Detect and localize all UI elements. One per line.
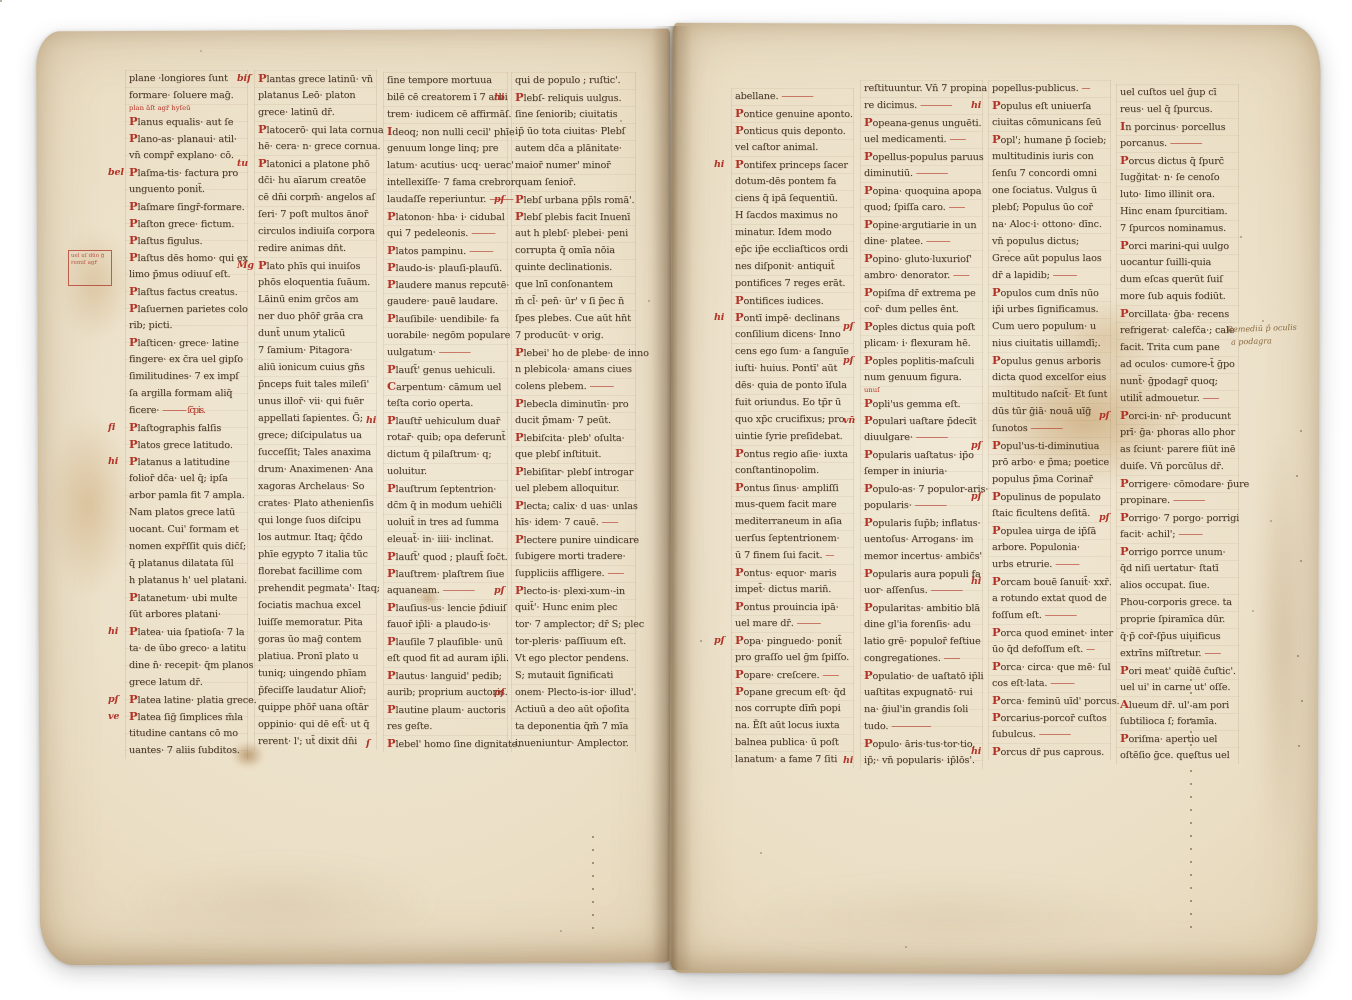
line-text: los autmur. Itaq; q̄c̄do	[258, 532, 362, 543]
text-line: Iugǧitat· n· ſe cenoſo	[1120, 169, 1238, 186]
rubric-initial: P	[387, 362, 396, 376]
rubric-line-filler: ———	[1050, 679, 1073, 689]
text-line: pſPopul'us-ti-diminutiua	[992, 437, 1110, 454]
text-line: q̄·p̄ cor̄-ſp̄us uiuificus	[1120, 628, 1238, 645]
rubric-line-filler: ——	[1203, 394, 1219, 404]
text-line: vn̄ populus dictus;	[992, 233, 1110, 250]
line-text: dum eſcas querūt ſuiſ	[1120, 274, 1223, 285]
line-text: platanus Leō· platon	[258, 90, 355, 101]
text-line: uantes· 7 aliis ſubditos.	[129, 742, 247, 759]
line-text: uel cuſtos uel ḡup cī	[1120, 87, 1216, 98]
text-line: Pontice genuine aponto.	[735, 105, 853, 122]
line-text: foſſum eſt.	[992, 610, 1042, 621]
line-text: oriſma· apertio uel	[1129, 734, 1218, 745]
rubric-initial: P	[864, 319, 873, 333]
text-column-col-8: uel cuſtos uel ḡup cīreus· uel q̄ ſpurcu…	[1116, 84, 1239, 764]
line-text: opulatio· de uaſtatō ip̄li	[873, 671, 984, 682]
text-line: grece· latinū dr̄.	[258, 104, 376, 121]
text-line: pſPopa· pinguedo· ponit̄	[735, 632, 853, 649]
line-text: opularis aura populi fa	[873, 569, 981, 580]
text-line: platanus Leō· platon	[258, 87, 376, 104]
rubric-initial: P	[1120, 476, 1129, 490]
text-line: appellati ſapientes. G̃;	[258, 410, 376, 427]
rubric-initial: P	[129, 454, 138, 468]
rubric-initial: P	[258, 258, 267, 272]
manuscript-photo: plane ·longiores ſuntformare· ſoluere ma…	[0, 0, 1352, 1000]
line-text: uulgatum·	[387, 347, 436, 358]
line-text: lectere punire uindicare	[524, 535, 639, 546]
rubric-initial: P	[735, 684, 744, 698]
text-line: prō arbo· e p̄ma; poetice	[992, 454, 1110, 471]
line-text: mus-quem facit mare	[735, 499, 836, 510]
line-text: oppinio· qui dē eſt̄· ut q̄	[258, 719, 369, 730]
text-line: Porrigere· cōmodare· p̄ure	[1120, 475, 1238, 492]
line-text: laudere manus repcutē·	[396, 280, 510, 291]
line-text: uocant. Cui' formam et	[129, 524, 239, 535]
line-text: cos eſt·lata.	[992, 678, 1047, 689]
line-text: phōs eloquentia ſuāum.	[258, 277, 370, 288]
line-text: reſtituuntur. Vn̄ 7 propina	[864, 83, 987, 94]
line-text: uocantur ſuilli-quia	[1120, 257, 1211, 268]
line-text: arbore. Populonia·	[992, 542, 1080, 553]
text-line: ſūt arbores platani·	[129, 606, 247, 623]
text-line: Popularis aura populi fa	[864, 565, 982, 582]
rubric-initial: P	[864, 413, 873, 427]
line-text: latio grē· populor̄ feſtiue	[864, 636, 981, 647]
line-text: luiſſe memoratur. Pita	[258, 617, 363, 628]
text-line: Pontifices iudices.	[735, 292, 853, 309]
text-line: fuit oriundus. Eo tp̄r ū	[735, 394, 853, 411]
text-line: arbor pamla fit 7 ampla.	[129, 487, 247, 504]
text-line: nos corrupte dīm̄ popi	[735, 700, 853, 717]
rubric-initial: P	[387, 481, 396, 495]
line-text: lebei' ho de plebe· de inno	[524, 348, 649, 359]
line-text: opare· creſcere.	[744, 670, 820, 681]
line-text: lauſtrem· plaſtrem ſiue	[396, 569, 505, 580]
line-text: opellus-populus paruus	[873, 152, 984, 163]
text-line: ſunotos————	[992, 420, 1110, 437]
interlinear-gloss: unuſ	[864, 386, 982, 395]
line-text: latea· uia ſpatioſa· 7 la	[138, 627, 245, 638]
text-line: ad oculos· cumore-t̄ ḡpo	[1120, 356, 1238, 373]
text-line: Plauſtrum ſeptentrion·	[387, 480, 507, 497]
text-line: nius ciuitatis uillamdī;.	[992, 335, 1110, 352]
line-text: lecta; calix· d uas· unlas	[524, 501, 638, 512]
rubric-line-filler: ————	[1045, 611, 1076, 621]
line-text: p̄feciſſe laudatur Alior̄;	[258, 685, 366, 696]
text-line: Pontus ſinus· ampliſſi	[735, 479, 853, 496]
line-text: cē dn̄i corpm̄· angelos aſ	[258, 192, 375, 203]
line-text: uoluit̄ in tres ad ſumma	[387, 517, 499, 528]
line-text: genuum longe linq; pre	[387, 143, 498, 154]
line-text: p̄nceps fuit tales mileſi'	[258, 379, 369, 390]
text-line: Pontus· equor· maris	[735, 564, 853, 581]
line-text: conſtantinopolim.	[735, 465, 819, 476]
line-text: ſine tempore mortuua	[387, 75, 492, 86]
line-text: maior̄ numer' minor̄	[515, 160, 611, 171]
line-text: opulus eſt uniuerſa	[1001, 101, 1092, 112]
text-line: as ſciunt· parere fiūt inē	[1120, 441, 1238, 458]
text-column-col-5: abellane.————Pontice genuine aponto.Pont…	[731, 88, 854, 768]
rubric-margin-mark: ve	[108, 708, 119, 725]
line-text: n plebicola· amans ciues	[515, 364, 632, 375]
text-line: goras ūo mag̃ contem	[258, 631, 376, 648]
line-text: orcam bouē ſanuit̄· xxr̄.	[1001, 577, 1112, 588]
rubric-initial: P	[864, 115, 873, 129]
line-text: laſtus factus creatus.	[138, 287, 238, 298]
rubric-initial: P	[992, 625, 1001, 639]
line-text: uantes· 7 aliis ſubditos.	[129, 745, 240, 756]
line-text: one ſociatus. Vulgus ū	[992, 185, 1097, 196]
text-line: unguento ponit̄.	[129, 181, 247, 198]
text-line: maior̄ numer' minor̄	[515, 157, 635, 174]
text-line: Populo· āris·tus·tor·tio.	[864, 735, 982, 752]
text-line: S; mutauit ſignificati	[515, 667, 635, 684]
text-line: dotum-dēs pontem fa	[735, 173, 853, 190]
rubric-margin-mark: pſ	[714, 632, 724, 649]
rubric-initial: P	[1120, 408, 1129, 422]
text-line: Platos grece latitudo.	[129, 436, 247, 453]
text-line: corrupta q̄ omīa nōia	[515, 242, 635, 259]
line-text: aurib; proprium auctoris.	[387, 687, 508, 698]
text-line: hiPlatea· uia ſpatioſa· 7 la	[129, 623, 247, 640]
rubric-initial: P	[129, 114, 138, 128]
text-line: congregationes.——	[864, 650, 982, 667]
rubric-initial: P	[387, 209, 396, 223]
rubric-initial: P	[735, 480, 744, 494]
line-text: opa· pinguedo· ponit̄	[744, 636, 842, 647]
text-line: laudaſſe reperiuntur.———	[387, 191, 507, 208]
rubric-initial: P	[864, 396, 873, 410]
line-text: laſticen· grece· latine	[138, 338, 239, 349]
text-line: luiſſe memoratur. Pita	[258, 614, 376, 631]
rubric-line-filler: ——	[602, 518, 618, 528]
line-text: latea latine· platia grece.	[138, 695, 257, 706]
rubric-initial: P	[992, 659, 1001, 673]
line-text: ner duo phōr̄ grāa cra	[258, 311, 363, 322]
line-text: opino· gluto·luxurioſ'	[873, 254, 972, 265]
rubric-initial: P	[129, 233, 138, 247]
text-line: Plauſt̄' quod ; plauſt̄ ſoc̄t.	[387, 548, 507, 565]
text-line: ducit p̄mam· 7 peūt.	[515, 412, 635, 429]
line-text: orcarius-porcor̄ cuſtos	[1001, 713, 1107, 724]
line-text: ontus prouincia ipā·	[744, 602, 839, 613]
line-text: orcillata· ḡba· recens	[1129, 309, 1230, 320]
line-text: grece· latinū dr̄.	[258, 107, 335, 118]
line-text: prō arbo· e p̄ma; poetice	[992, 457, 1109, 468]
line-text: xagoras Archelaus· So	[258, 481, 364, 492]
line-text: nomen expr̄ſſit quis dic̄ſ;	[129, 541, 246, 552]
text-line: Populea uirga de ip̄ſā	[992, 522, 1110, 539]
line-text: 7 producūt· v orig.	[515, 330, 604, 341]
rubric-margin-mark: pſ	[108, 691, 118, 708]
line-text: cor̄· dum pelles ēnt.	[864, 304, 959, 315]
rubric-initial: P	[864, 481, 873, 495]
text-line: Alueum dr̄. ul' am pori	[1120, 696, 1238, 713]
text-line: balnea publica· ū poſt	[735, 734, 853, 751]
line-text: laudo-is· plauſi-plauſū.	[396, 263, 503, 274]
text-line: utilit̄ admouetur.——	[1120, 390, 1238, 407]
text-line: impet̄· dictus marin̄.	[735, 581, 853, 598]
text-line: Plaſtus factus creatus.	[129, 283, 247, 300]
margin-note-pen-2: a podagra	[1231, 336, 1272, 346]
text-line: Popularis ſup̄b; inflatus·	[864, 514, 982, 531]
line-text: res geſte.	[387, 721, 432, 732]
text-line: na. Ēſt aūt locus iuxta	[735, 717, 853, 734]
text-line: dictum q̄ pilaſtrum· q;	[387, 446, 507, 463]
text-line: Populus genus arboris	[992, 352, 1110, 369]
text-line: Plautine plaum· auctoris	[387, 701, 507, 718]
text-line: populus p̄ma Corinar̄	[992, 471, 1110, 488]
rubric-line-filler: ————	[1031, 424, 1062, 434]
line-text: Cum uero populum· u	[992, 321, 1096, 332]
line-text: n porcinus· porcellus	[1125, 122, 1225, 133]
line-text: opulos cum dnīs nūo	[1001, 288, 1099, 299]
line-text: q̄ platanus dilatata ſūl	[129, 558, 234, 569]
text-line: popellus-publicus.—	[992, 80, 1110, 97]
text-line: plebſ; Populus ūo cor̄	[992, 199, 1110, 216]
text-line: lanatum· a fame 7 ſiti	[735, 751, 853, 768]
text-line: res geſte.	[387, 718, 507, 735]
text-line: vePlatea ſig̃ ſimplices m̄la	[129, 708, 247, 725]
line-text: lato phīs qui inuiſos	[267, 261, 361, 272]
line-text: latos grece latitudo.	[138, 440, 233, 451]
line-text: opularis uaſtatus· ip̄o	[873, 450, 974, 461]
text-line: p̄feciſſe laudatur Alior̄;	[258, 682, 376, 699]
line-text: popellus-publicus.	[992, 83, 1079, 94]
line-text: ſine ſeniorib; ciuitatis	[515, 109, 617, 120]
line-text: cens ego ſum· a ſanguīe	[735, 346, 849, 357]
rubric-line-filler: ———	[1178, 530, 1201, 540]
line-text: goras ūo mag̃ contem	[258, 634, 361, 645]
rubric-initial: P	[387, 260, 396, 274]
line-text: latum· acutius· ucq· uerac'	[387, 160, 514, 171]
text-line: Plecta; calix· d uas· unlas	[515, 497, 635, 514]
line-text: vn̄ compr̄ explano· cō.	[129, 150, 234, 161]
text-line: phīe egypto 7 italia tūc	[258, 546, 376, 563]
text-line: Popine·argutiarie in un	[864, 216, 982, 233]
text-line: ſine tempore mortuua	[387, 72, 507, 89]
line-text: opularis ſup̄b; inflatus·	[873, 518, 981, 529]
line-text: lautus· languid' pedib;	[396, 671, 502, 682]
line-text: opl'; humane p̄ ſocieb;	[1001, 135, 1107, 146]
text-line: gaudere· pauē laudare.	[387, 293, 507, 310]
line-text: tor· 7 amplector; dr̄ S; plec	[515, 619, 644, 630]
line-text: ſpes plebes. Cue aūt hn̄t	[515, 313, 631, 324]
rubric-margin-mark: hi	[971, 573, 981, 590]
line-text: uentoſus· Arrogans· im	[864, 534, 973, 545]
line-text: ip̄i urbes ſignificamus.	[992, 304, 1098, 315]
rubric-initial: P	[864, 600, 873, 614]
text-column-col-2: biſPlantas grece latinū· vn̄platanus Leō…	[254, 70, 377, 750]
text-line: proprie ſpiramīca dūr.	[1120, 611, 1238, 628]
text-line: porcanus.————	[1120, 135, 1238, 152]
line-text: 7 ſpurcos nominamus.	[1120, 223, 1226, 234]
text-line: ſubulcus.————	[992, 726, 1110, 743]
line-text: aut h plebſ· plebei· peni	[515, 228, 628, 239]
line-text: dine gl'ia forenſis· adu	[864, 619, 971, 630]
line-text: redire animas dn̄t.	[258, 243, 346, 254]
line-text: reus· uel q̄ ſpurcus.	[1120, 104, 1213, 115]
text-line: uel plebem alloquitur.	[515, 480, 635, 497]
line-text: na· ḡiul'in grandis ſoli	[864, 704, 968, 715]
line-text: ſimilitudines· 7 ex impſ	[129, 371, 239, 382]
rubric-margin-mark: hi	[366, 412, 376, 429]
line-text: nius ciuitatis uillamdī;.	[992, 338, 1101, 349]
rubric-line-filler: ————	[1170, 139, 1201, 149]
line-text: ſūt arbores platani·	[129, 609, 221, 620]
text-line: unus illor̄· vii· qui fuēr	[258, 393, 376, 410]
text-line: MgPlato phīs qui inuiſos	[258, 257, 376, 274]
rubric-initial: P	[992, 353, 1001, 367]
text-line: foſſum eſt.————	[992, 607, 1110, 624]
text-line: Poriſma· apertio uel	[1120, 730, 1238, 747]
rubric-initial: P	[387, 668, 396, 682]
text-line: platiua. Pronī plato u	[258, 648, 376, 665]
text-line: oppinio· qui dē eſt̄· ut q̄	[258, 716, 376, 733]
text-line: reſtituuntur. Vn̄ 7 propina	[864, 80, 982, 97]
line-text: opulinus de populato	[1001, 492, 1101, 503]
text-line: hiPlauſtr̄ uehiculum duar̄	[387, 412, 507, 429]
line-text: ūo q̄d defoſſum eſt.	[992, 644, 1083, 655]
text-line: m̄ cl̄· pen̄· ūr' v ſi p̄ec n̄	[515, 293, 635, 310]
text-line: xagoras Archelaus· So	[258, 478, 376, 495]
text-line: aut h plebſ· plebei· peni	[515, 225, 635, 242]
text-line: Popli'us gemma eſt.	[864, 395, 982, 412]
line-text: ſeri· 7 poſt multos ānor̄	[258, 209, 368, 220]
line-text: lauſt̄' genus uehiculi.	[396, 365, 496, 376]
line-text: quinte declinationis.	[515, 262, 612, 273]
line-text: onem· Plecto-is-ior· illud'.	[515, 687, 636, 698]
rubric-initial: P	[129, 335, 138, 349]
text-line: Popane grecum eſt· q̄d	[735, 683, 853, 700]
text-line: nunt̄· ḡpodagr̄ quoq;	[1120, 373, 1238, 390]
line-text: lebiſcita· pleb' oſulta·	[524, 433, 625, 444]
line-text: ad oculos· cumore-t̄ ḡpo	[1120, 359, 1235, 370]
text-line: Plaſtus figulus.	[129, 232, 247, 249]
rubric-margin-mark: hi	[971, 743, 981, 760]
line-text: Lāinū enim grc̄os am	[258, 294, 358, 305]
text-line: ſPlebel' homo ſine dignitate.	[387, 735, 507, 752]
text-line: fingere· ex c̄ra uel gipſo	[129, 351, 247, 368]
text-line: In porcinus· porcellus	[1120, 118, 1238, 135]
line-text: more ſub aquis fodiūt.	[1120, 291, 1226, 302]
text-line: ſine ſeniorib; ciuitatis	[515, 106, 635, 123]
rubric-initial: P	[1120, 153, 1129, 167]
line-text: lauſtr̄ uehiculum duar̄	[396, 416, 501, 427]
text-line: dēs· quia de ponto īſula	[735, 377, 853, 394]
text-line: biſPlantas grece latinū· vn̄	[258, 70, 376, 87]
line-text: titudine cantans cō mo	[129, 728, 238, 739]
text-line: quit̄'· Hunc enim plec	[515, 599, 635, 616]
line-text: facit· achil';	[1120, 529, 1175, 540]
text-line: Porca· feminū uīd' porcus.	[992, 692, 1110, 709]
rubric-initial: P	[129, 131, 138, 145]
rubric-initial: P	[1120, 731, 1129, 745]
text-line: Plaſtus dēs homo· qui ex	[129, 249, 247, 266]
line-text: ontus· equor· maris	[744, 568, 837, 579]
line-text: ſenſu 7 concordi omni	[992, 168, 1097, 179]
line-text: opeana-genus unguēti.	[873, 118, 982, 129]
text-line: hīs· idem· 7 cauē.——	[515, 514, 635, 531]
text-line: dr̄ a lapidib;———	[992, 267, 1110, 284]
rubric-initial: P	[864, 447, 873, 461]
rubric-initial: P	[1120, 510, 1129, 524]
text-line: 7 producūt· v orig.	[515, 327, 635, 344]
line-text: onticus quis deponto.	[744, 126, 846, 137]
text-line: diminutiū.————	[864, 165, 982, 182]
rubric-margin-mark: pſ	[494, 684, 504, 701]
text-line: latum· acutius· ucq· uerac'	[387, 157, 507, 174]
text-line: re dicimus.————	[864, 97, 982, 114]
text-line: ſtaic ficultens deſitā.	[992, 505, 1110, 522]
text-line: ſuppliciis affligere.——	[515, 565, 635, 582]
rubric-line-filler: ———	[590, 382, 613, 392]
line-text: nos corrupte dīm̄ popi	[735, 703, 841, 714]
line-text: m̄ cl̄· pen̄· ūr' v ſi p̄ec n̄	[515, 296, 624, 307]
text-line: Nam platos grece latū	[129, 504, 247, 521]
line-text: urbs etrurie.	[992, 559, 1052, 570]
text-line: conſilium dicens· Inno	[735, 326, 853, 343]
line-text: uerſus ſeptentrionem·	[735, 533, 839, 544]
text-line: Popiſma dr̄ extrema pe	[864, 284, 982, 301]
line-text: ambro· denorator.	[864, 270, 950, 281]
line-text: ontus regio aſie· iuxta	[744, 449, 848, 460]
line-text: laſuernen parietes colo	[138, 304, 248, 315]
rubric-margin-mark: biſ	[237, 70, 251, 87]
rubric-initial: P	[735, 310, 744, 324]
line-text: uorabile· negōm populare	[387, 330, 510, 341]
rubric-margin-mark: ſ	[366, 735, 370, 752]
line-text: deoq; non nulli cecil' phīe	[392, 127, 514, 138]
rubric-initial: P	[515, 583, 524, 597]
line-text: uel medicamenti.	[864, 134, 946, 145]
line-text: folior̄ dc̄a· uel q̄; ipſa	[129, 473, 228, 484]
text-line: autem dc̄a a plānitate·	[515, 140, 635, 157]
line-text: lano-as· planaui· atil·	[138, 134, 237, 145]
rubric-initial: P	[1120, 238, 1129, 252]
line-text: ip̄;· vn̄ popularis· ip̄lōs'.	[864, 755, 975, 766]
rubric-line-filler: —————	[891, 722, 930, 732]
line-text: na· Aloc·i· ottono· dīnc.	[992, 219, 1102, 230]
rubric-margin-mark: hi	[108, 623, 118, 640]
text-line: tor· 7 amplector; dr̄ S; plec	[515, 616, 635, 633]
line-text: unus illor̄· vii· qui fuēr	[258, 396, 364, 407]
rubric-margin-mark: hi	[714, 309, 724, 326]
line-text: orcus dictus q̄ ſpurc̄	[1129, 156, 1224, 167]
line-text: rib; picti.	[129, 320, 172, 331]
rubric-line-filler: ——— ſc̄pis.	[162, 406, 204, 416]
rubric-line-filler: ——	[953, 271, 969, 281]
text-line: na· ḡiul'in grandis ſoli	[864, 701, 982, 718]
line-text: ſociatis machua excel	[258, 600, 361, 611]
text-line: trem· iudicem cē affirmāſ.	[387, 106, 507, 123]
line-text: opane grecum eſt· q̄d	[744, 687, 846, 698]
text-line: Cum uero populum· u	[992, 318, 1110, 335]
line-text: orrigo· 7 porgo· porrigi	[1129, 513, 1240, 524]
line-text: opina· quoquina apopa	[873, 186, 982, 197]
text-line: Porca· circa· que mē· ſul	[992, 658, 1110, 675]
line-text: lecto-is· plexi-xum·-in	[524, 586, 625, 597]
rubric-line-filler: ———	[797, 619, 820, 629]
text-line: dine n̄· recepit· q̄m planos	[129, 657, 247, 674]
line-text: qui 7 pedeleonis.	[387, 228, 468, 239]
line-text: nes diſponit· antiquit̄	[735, 261, 834, 272]
text-line: eleuat̄· in· iiii· inclinat.	[387, 531, 507, 548]
line-text: ſubtilioca ſ; foramīa.	[1120, 716, 1217, 727]
line-text: popularis·	[864, 500, 912, 511]
line-text: dēs· quia de ponto īſula	[735, 380, 847, 391]
